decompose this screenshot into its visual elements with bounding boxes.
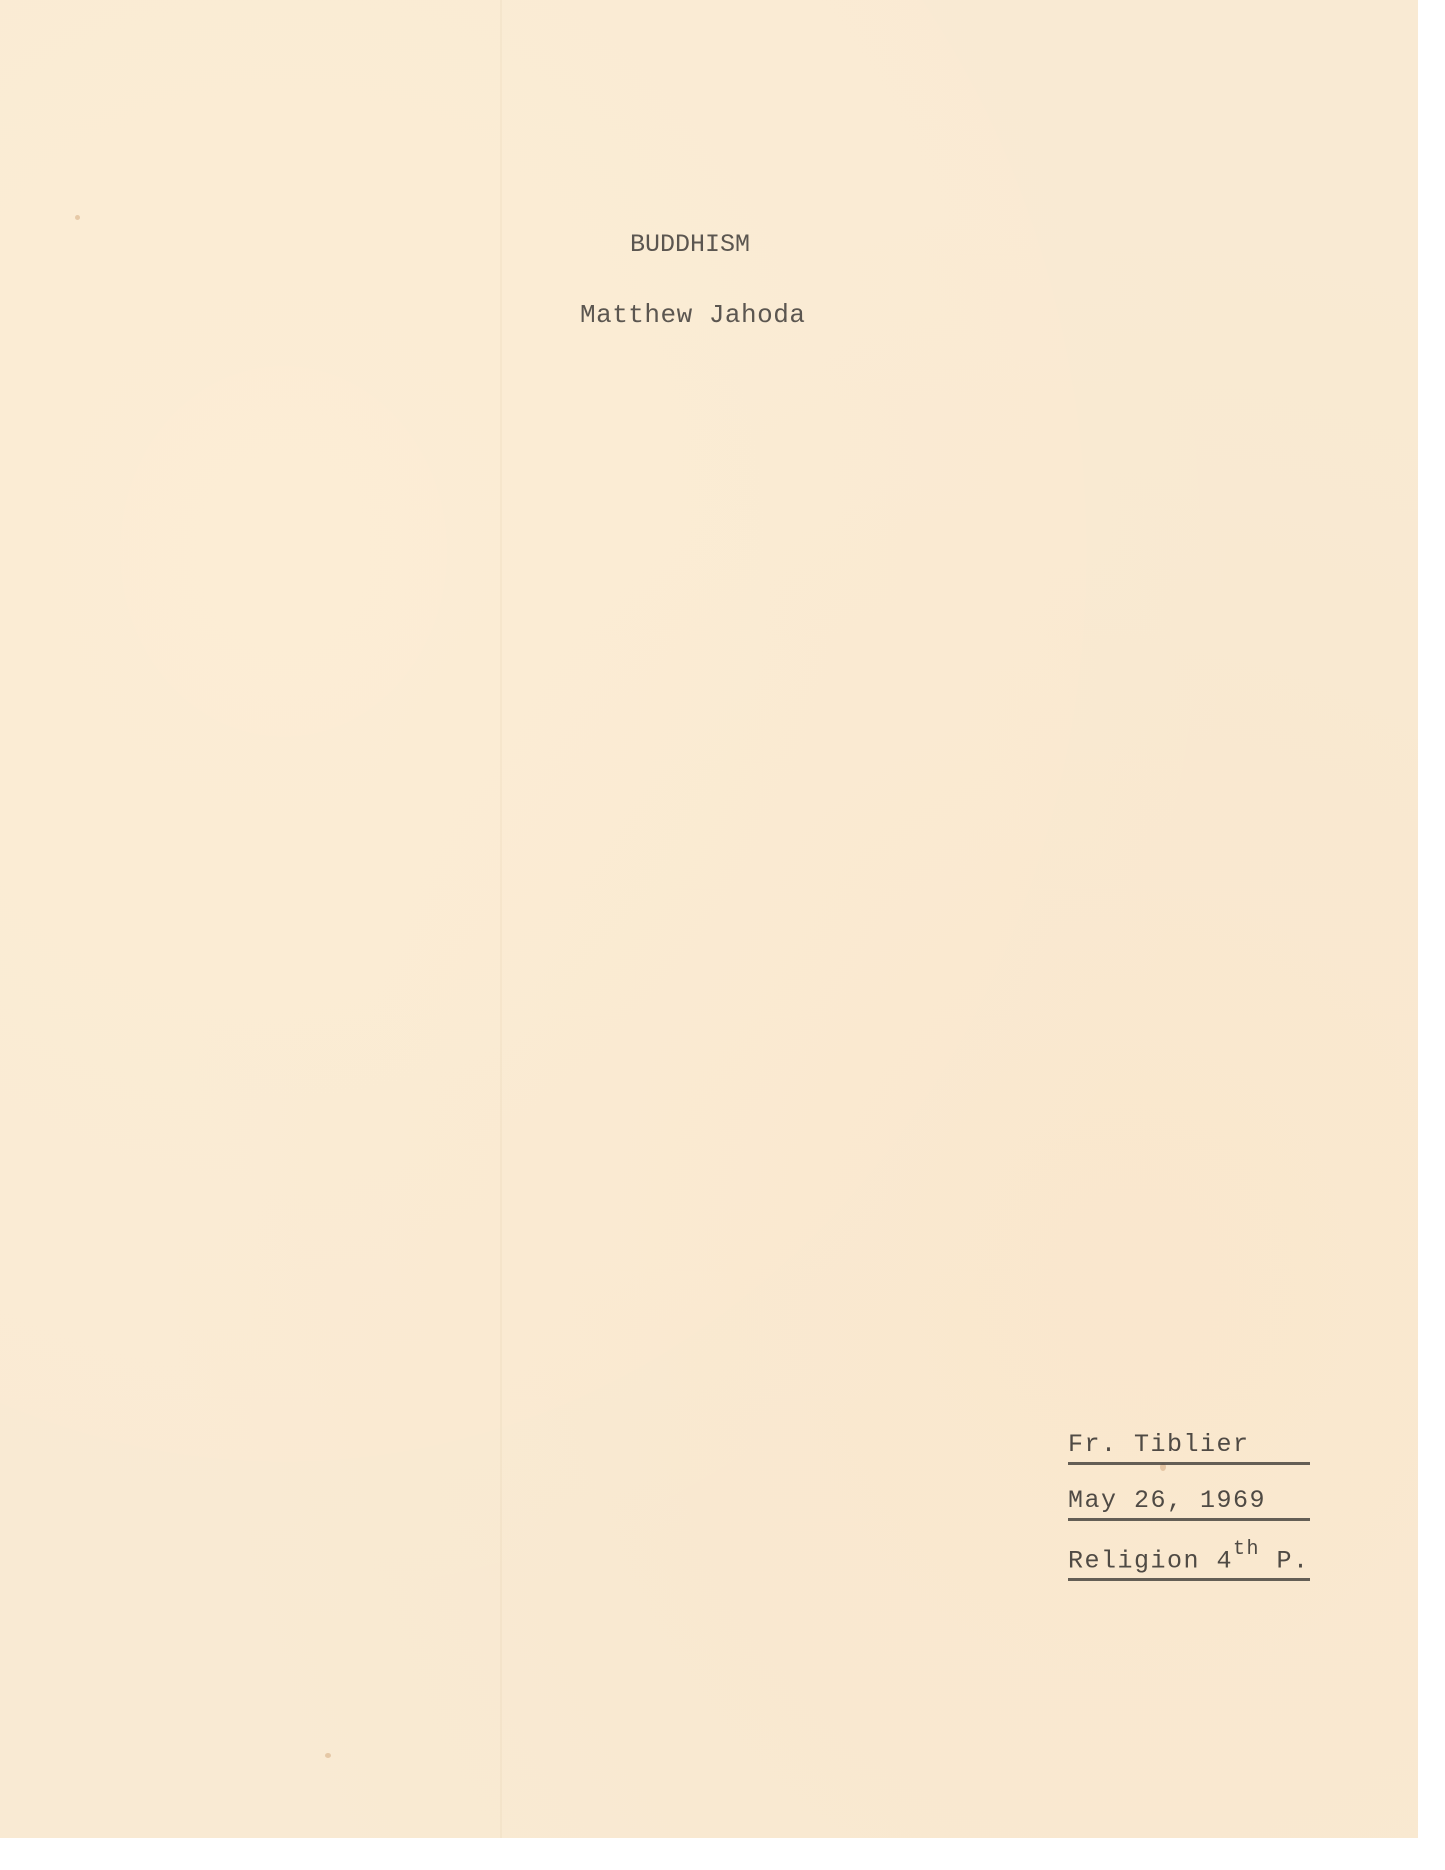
underline	[1068, 1578, 1310, 1581]
paper-stain	[75, 215, 80, 220]
document-author: Matthew Jahoda	[580, 300, 805, 330]
document-title: BUDDHISM	[630, 230, 750, 259]
date-line: May 26, 1969	[1068, 1486, 1308, 1515]
paper-stain	[325, 1753, 331, 1758]
course-prefix: Religion 4	[1068, 1546, 1233, 1575]
paper-fold-crease	[500, 0, 502, 1838]
course-ordinal: th	[1233, 1538, 1260, 1561]
course-period: P.	[1260, 1546, 1310, 1575]
underline	[1068, 1462, 1310, 1465]
course-line: Religion 4th P.	[1068, 1542, 1308, 1575]
submission-date: May 26, 1969	[1068, 1486, 1266, 1515]
underline	[1068, 1518, 1310, 1521]
paper-page: BUDDHISM Matthew Jahoda Fr. Tiblier May …	[0, 0, 1418, 1838]
instructor-line: Fr. Tiblier	[1068, 1430, 1308, 1459]
course-name: Religion 4th P.	[1068, 1542, 1310, 1575]
instructor-name: Fr. Tiblier	[1068, 1430, 1250, 1459]
